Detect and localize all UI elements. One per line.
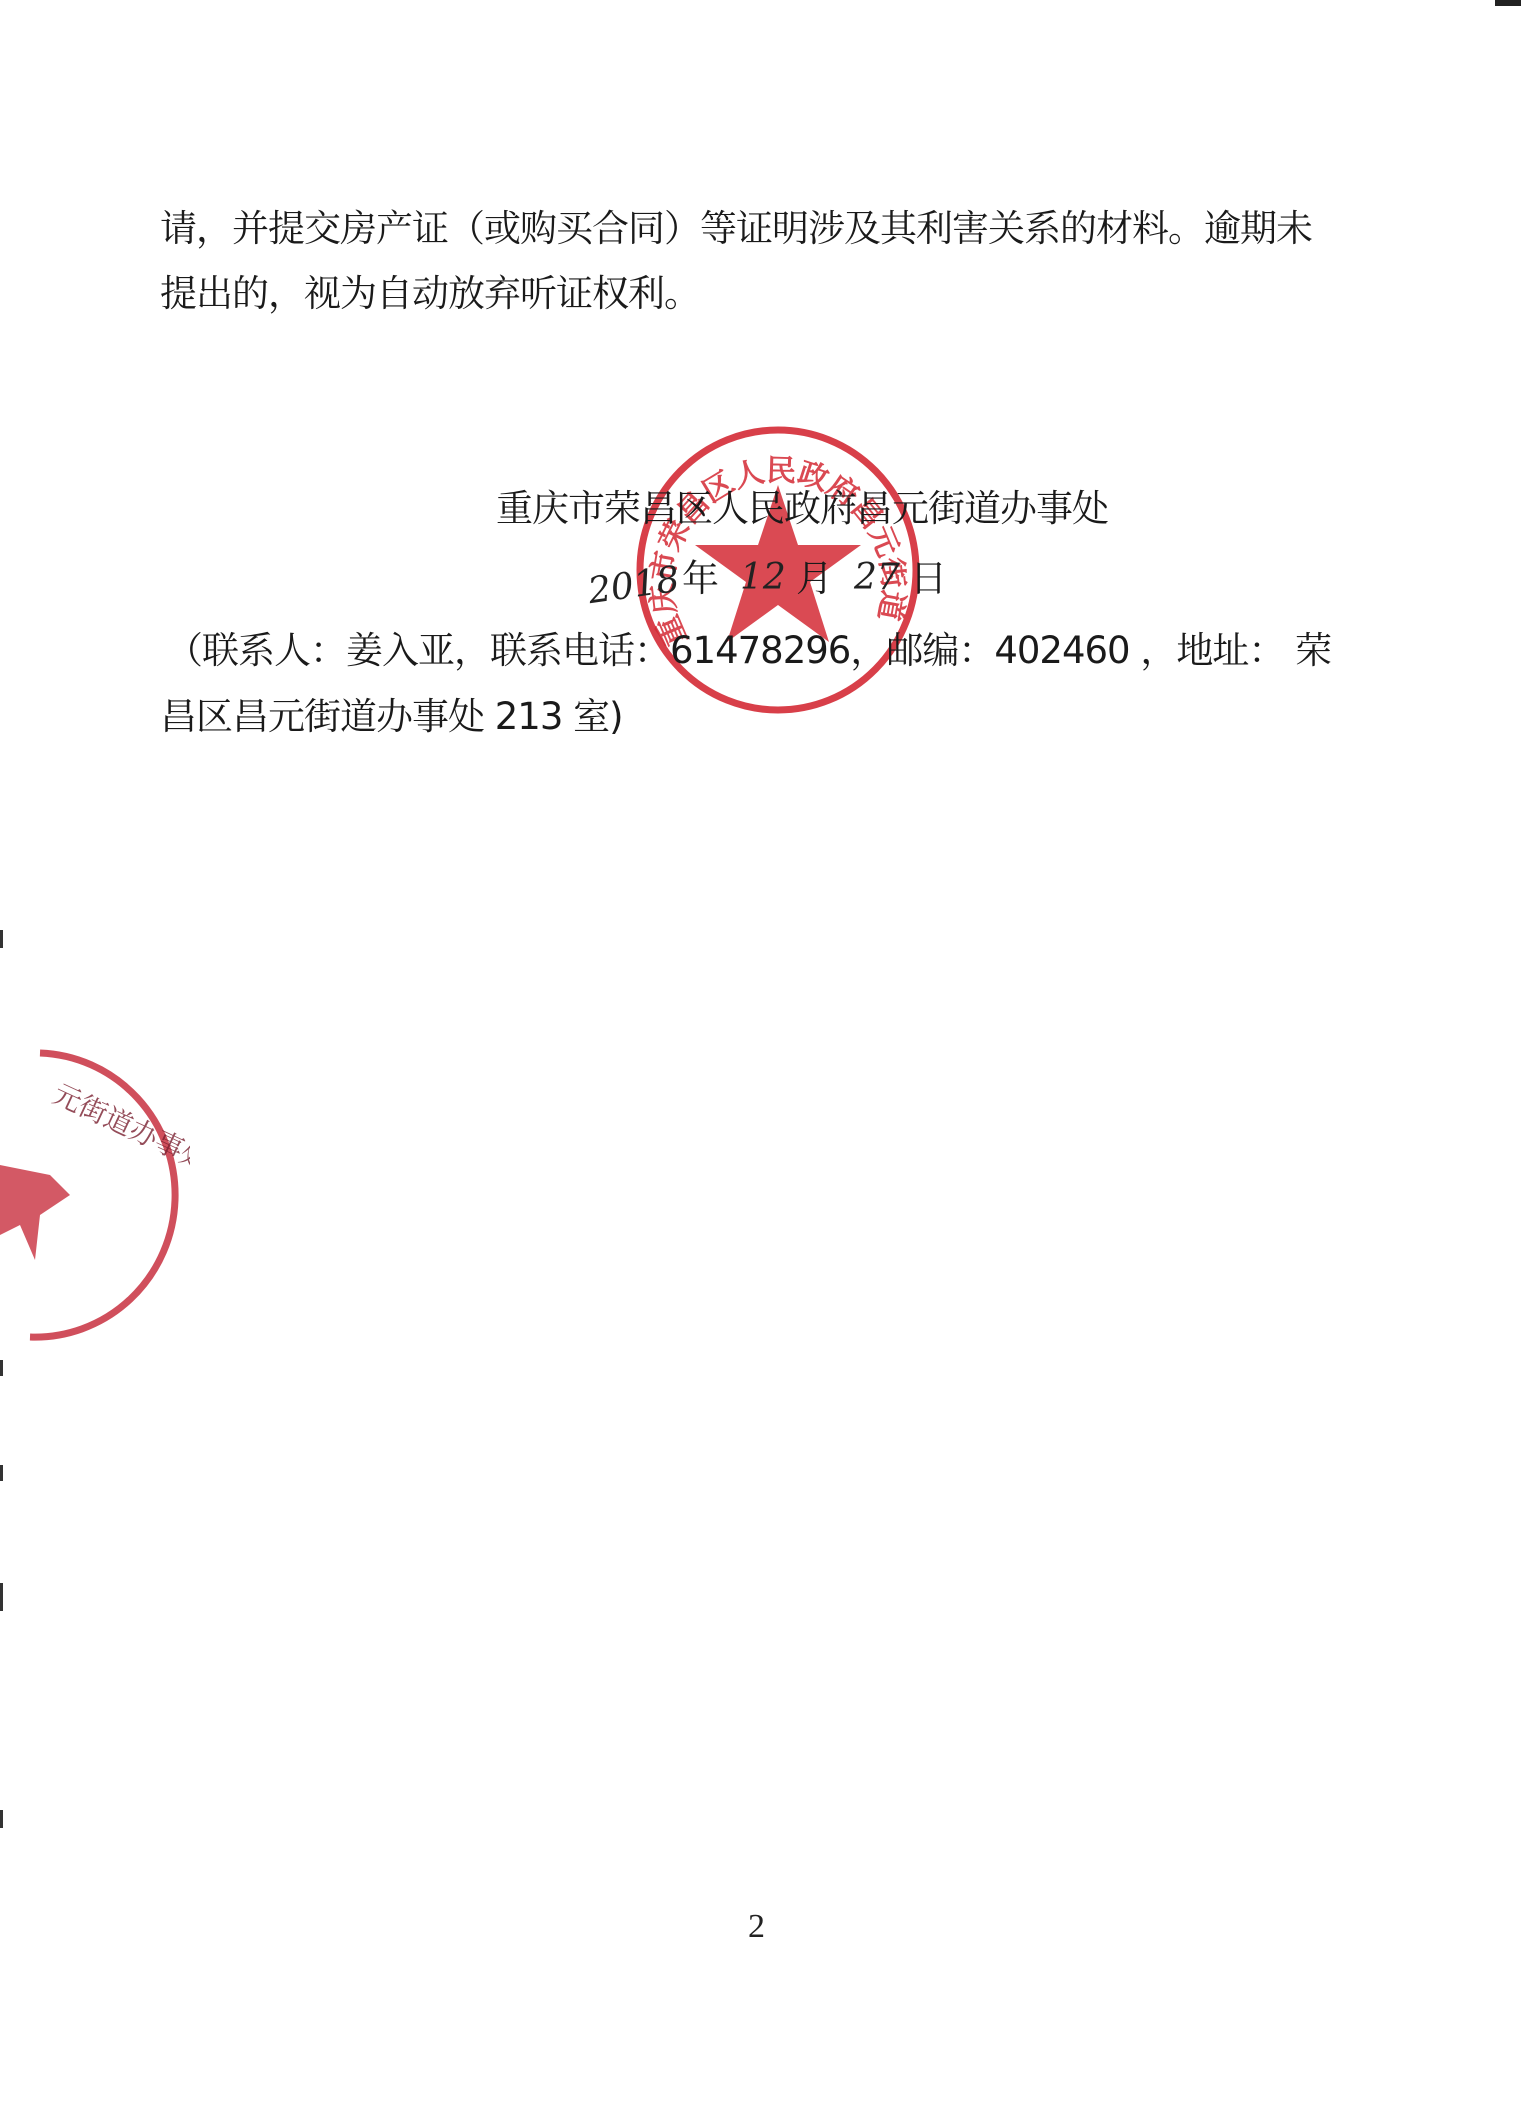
issuer-name: 重庆市荣昌区人民政府昌元街道办事处	[496, 490, 1108, 527]
date-month-label: 月	[796, 560, 832, 597]
svg-text:重庆市荣昌区人民政府昌元街道办事处: 重庆市荣昌区人民政府昌元街道办事处	[628, 420, 911, 651]
contact-line-2: 昌区昌元街道办事处 213 室)	[160, 698, 623, 735]
body-text-line-1: 请，并提交房产证（或购买合同）等证明涉及其利害关系的材料。逾期未	[160, 210, 1312, 247]
scan-edge-mark	[0, 1583, 3, 1611]
contact-line-1: （联系人：姜入亚，联系电话：61478296，邮编：402460 ，地址： 荣	[166, 632, 1331, 669]
date-day-handwritten: 27	[854, 560, 900, 596]
date-day-label: 日	[910, 560, 946, 597]
svg-text:元街道办事处: 元街道办事处	[48, 1077, 190, 1178]
date-month-handwritten: 12	[740, 560, 786, 596]
scan-corner-mark	[1495, 0, 1521, 6]
partial-seal-icon: 元街道办事处	[0, 1045, 190, 1345]
scan-edge-mark	[0, 1465, 3, 1481]
scan-edge-mark	[0, 930, 3, 948]
body-text-line-2: 提出的，视为自动放弃听证权利。	[160, 275, 700, 312]
date-year-label: 年	[682, 560, 718, 597]
page-number: 2	[748, 1908, 765, 1946]
date-year-handwritten: 2018	[586, 562, 682, 610]
scan-edge-mark	[0, 1810, 3, 1828]
scan-edge-mark	[0, 1360, 3, 1376]
